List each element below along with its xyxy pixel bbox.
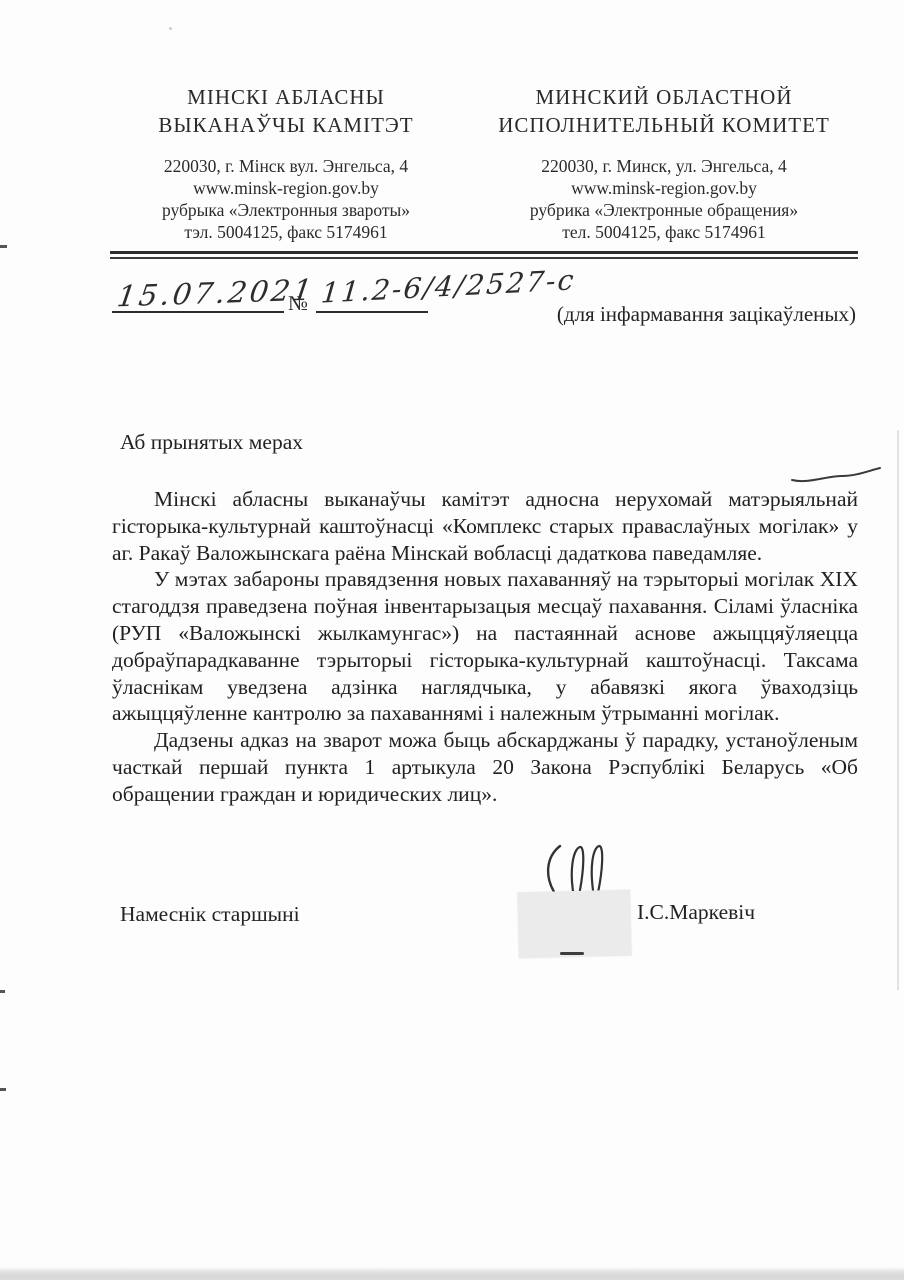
address-line: рубрика «Электронные обращения» (468, 199, 860, 221)
signer-name: І.С.Маркевіч (637, 900, 755, 925)
subject-line: Аб прынятых мерах (120, 430, 303, 455)
org-website: www.minsk-region.gov.by (108, 177, 464, 199)
address-line: 220030, г. Мінск вул. Энгельса, 4 (108, 155, 464, 177)
handwritten-squiggle-mark (790, 463, 882, 487)
number-sign: № (288, 291, 308, 316)
paragraph: Мінскі абласны выканаўчы камітэт адносна… (112, 486, 858, 566)
handwritten-date: 15.07.2021 (115, 273, 317, 314)
letterhead-divider (110, 251, 858, 259)
divider-line-thick (110, 251, 858, 254)
org-phone-fax: тел. 5004125, факс 5174961 (468, 221, 860, 243)
signature-redaction-box (517, 890, 632, 959)
org-name-line: МІНСКІ АБЛАСНЫ (108, 83, 464, 111)
paragraph: У мэтах забароны правядзення новых пахав… (112, 566, 858, 727)
signer-position-title: Намеснік старшыні (120, 902, 300, 927)
scan-speck (169, 27, 172, 30)
org-phone-fax: тэл. 5004125, факс 5174961 (108, 221, 464, 243)
scan-right-edge-line (897, 430, 899, 990)
scan-artifact-mark (0, 245, 7, 248)
scan-artifact-mark (0, 990, 5, 993)
signature-stroke-tail (560, 952, 584, 955)
scan-artifact-mark (0, 1088, 6, 1091)
date-underline (112, 311, 284, 313)
handwritten-outgoing-number: 11.2-6/4/2527-с (320, 263, 577, 309)
letter-body: Мінскі абласны выканаўчы камітэт адносна… (112, 486, 858, 808)
address-line: рубрыка «Электронныя звароты» (108, 199, 464, 221)
org-name-russian: МИНСКИЙ ОБЛАСТНОЙ ИСПОЛНИТЕЛЬНЫЙ КОМИТЕТ (468, 83, 860, 139)
org-name-line: МИНСКИЙ ОБЛАСТНОЙ (468, 83, 860, 111)
letterhead-russian: МИНСКИЙ ОБЛАСТНОЙ ИСПОЛНИТЕЛЬНЫЙ КОМИТЕТ… (468, 83, 860, 243)
number-underline (316, 311, 428, 313)
letterhead-belarusian: МІНСКІ АБЛАСНЫ ВЫКАНАЎЧЫ КАМІТЭТ 220030,… (108, 83, 464, 243)
reference-note: (для інфармавання зацікаўленых) (557, 302, 856, 327)
org-website: www.minsk-region.gov.by (468, 177, 860, 199)
divider-line-thin (110, 257, 858, 259)
scan-bottom-edge-shadow (0, 1267, 904, 1280)
org-name-line: ИСПОЛНИТЕЛЬНЫЙ КОМИТЕТ (468, 111, 860, 139)
paragraph: Дадзены адказ на зварот можа быць абскар… (112, 727, 858, 807)
org-address-russian: 220030, г. Минск, ул. Энгельса, 4 www.mi… (468, 155, 860, 243)
scanned-letter-page: МІНСКІ АБЛАСНЫ ВЫКАНАЎЧЫ КАМІТЭТ 220030,… (0, 0, 904, 1280)
address-line: 220030, г. Минск, ул. Энгельса, 4 (468, 155, 860, 177)
org-name-belarusian: МІНСКІ АБЛАСНЫ ВЫКАНАЎЧЫ КАМІТЭТ (108, 83, 464, 139)
org-address-belarusian: 220030, г. Мінск вул. Энгельса, 4 www.mi… (108, 155, 464, 243)
org-name-line: ВЫКАНАЎЧЫ КАМІТЭТ (108, 111, 464, 139)
